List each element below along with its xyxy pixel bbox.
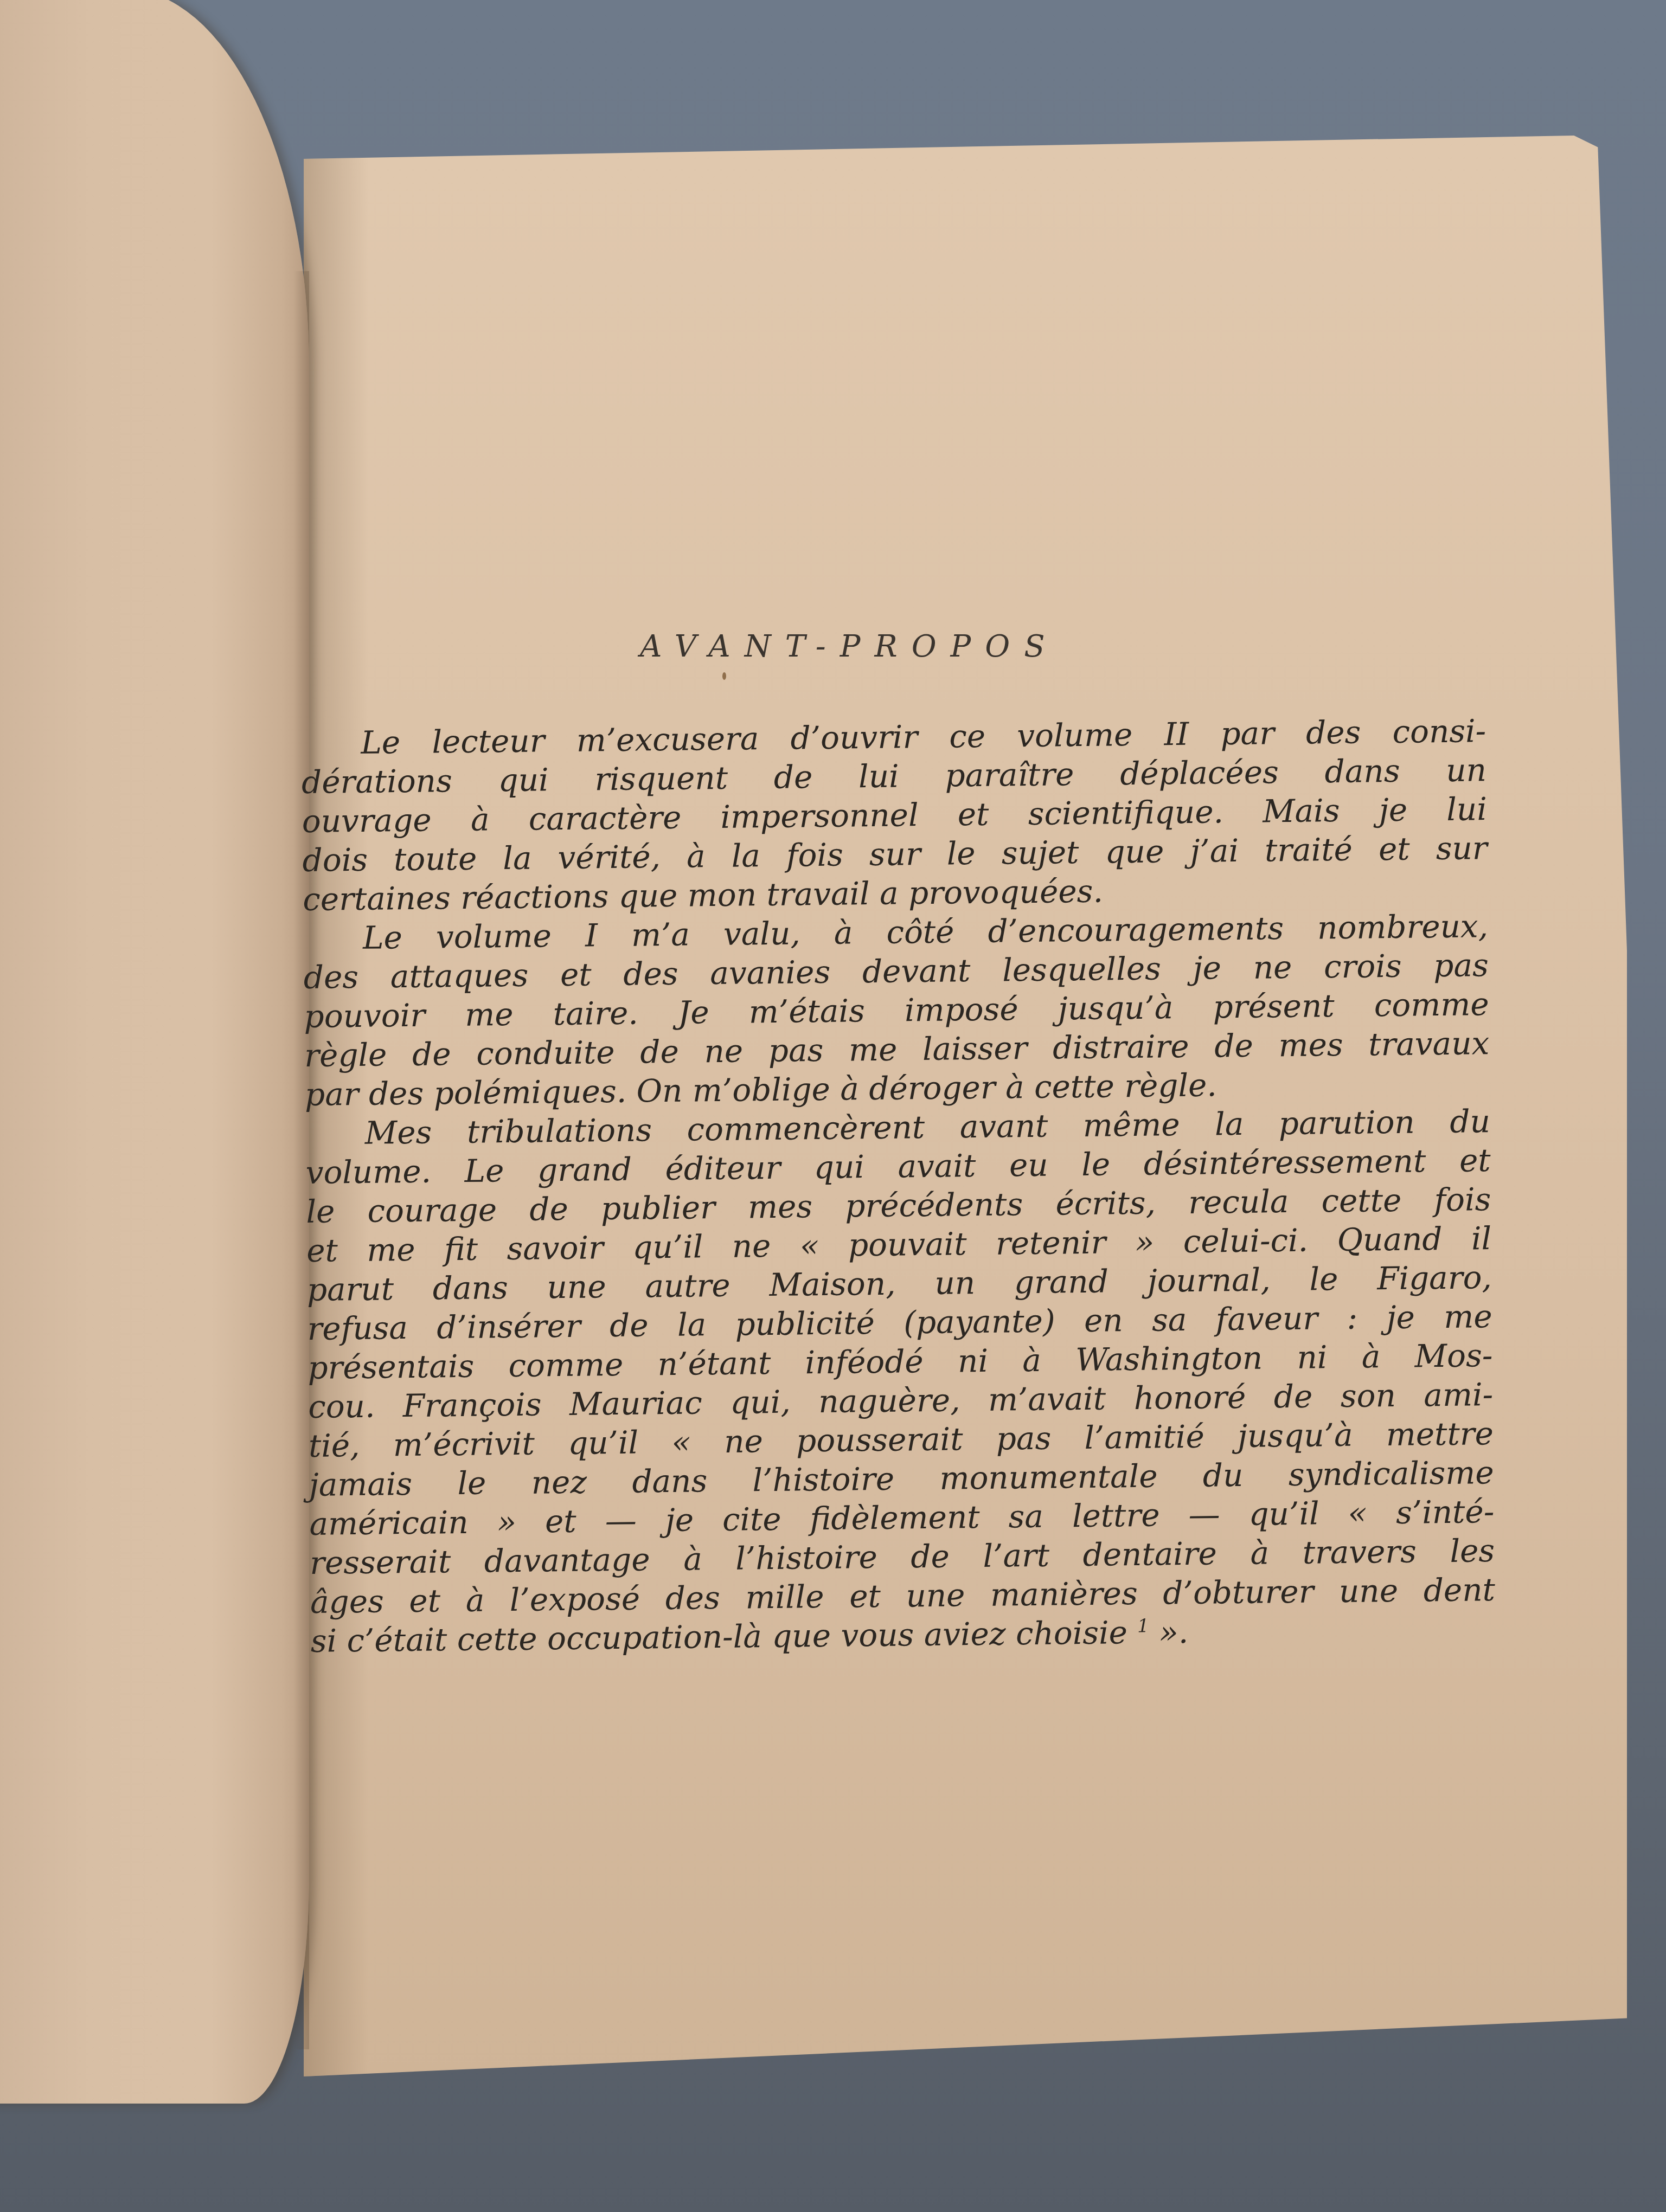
page-content: AVANT-PROPOS Le lecteur m’excusera d’ouv… [0,0,1666,2212]
closing-quote: ». [1149,1613,1189,1651]
final-line-text: si c’était cette occupation-là que vous … [310,1614,1127,1660]
footnote-marker[interactable]: 1 [1137,1615,1149,1637]
ink-mark [722,672,726,680]
section-title: AVANT-PROPOS [640,629,1059,664]
body-text: Le lecteur m’excusera d’ouvrir ce volume… [301,711,1496,1661]
